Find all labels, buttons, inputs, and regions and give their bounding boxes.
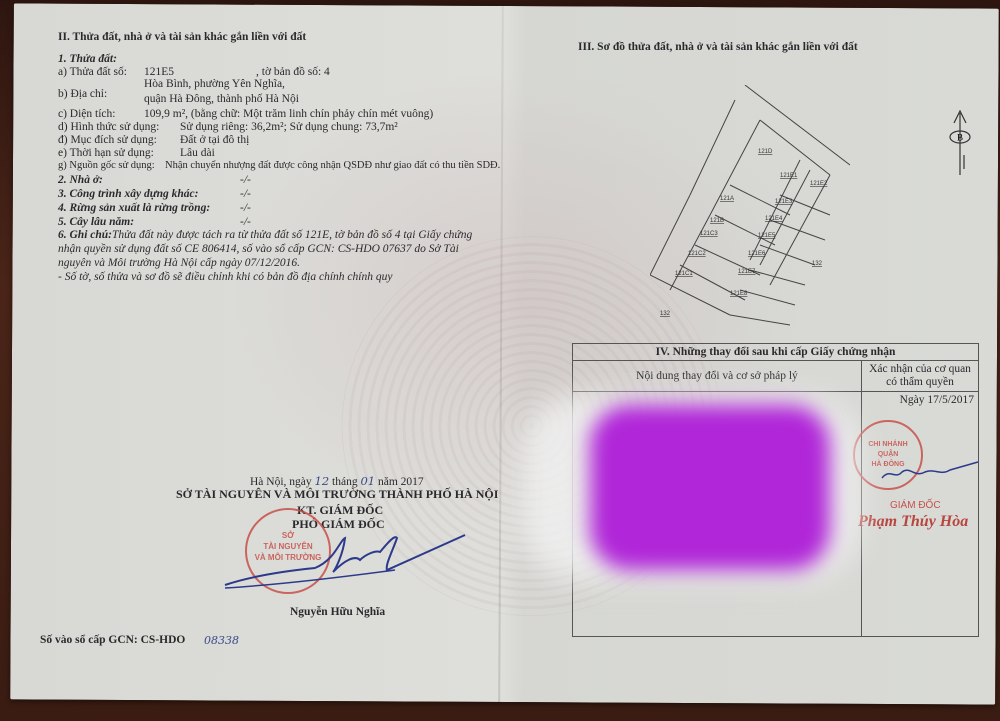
col-header-changes: Nội dung thay đổi và cơ sở pháp lý <box>573 361 862 392</box>
field-label-address: b) Địa chỉ: <box>58 88 107 100</box>
item-other-construction-value: -/- <box>240 188 251 200</box>
field-value-origin: Nhận chuyển nhượng đất được công nhận QS… <box>165 160 500 171</box>
confirm-role: GIÁM ĐỐC <box>890 500 941 511</box>
plot-label: 121E7 <box>738 269 756 275</box>
plot-label: 121E2 <box>810 181 828 187</box>
field-value-plot-number: 121E5 <box>144 66 174 78</box>
note-line-2: nhận quyền sử dụng đất số CE 806414, số … <box>58 243 459 255</box>
signer-name: Nguyễn Hữu Nghĩa <box>290 606 385 618</box>
stamp-line: QUẬN <box>855 450 921 460</box>
changes-table-title: IV. Những thay đổi sau khi cấp Giấy chứn… <box>573 344 979 361</box>
issuing-organization: SỞ TÀI NGUYÊN VÀ MÔI TRƯỜNG THÀNH PHỐ HÀ… <box>176 487 498 502</box>
date-day: 12 <box>315 474 330 488</box>
field-value-address-1: Hòa Bình, phường Yên Nghĩa, <box>144 78 285 90</box>
neighbor-plot-label: 132 <box>812 261 823 267</box>
neighbor-plot-label: 132 <box>660 311 671 317</box>
plot-diagram: 121D 121A 121B 121C3 121C2 121C1 121E1 1… <box>650 85 850 330</box>
item-planted-forest-value: -/- <box>240 202 251 214</box>
section-iii-title: III. Sơ đồ thửa đất, nhà ở và tài sản kh… <box>578 41 858 53</box>
land-plot-heading: 1. Thửa đất: <box>58 53 117 65</box>
plot-label: 121E1 <box>780 173 798 179</box>
field-label-purpose: đ) Mục đích sử dụng: <box>58 134 157 146</box>
field-value-address-2: quận Hà Đông, thành phố Hà Nội <box>144 93 299 105</box>
field-value-map-sheet: , tờ bản đồ số: 4 <box>256 66 330 78</box>
register-label: Số vào sổ cấp GCN: CS-HDO <box>40 634 185 646</box>
field-label-usage-form: d) Hình thức sử dụng: <box>58 121 159 133</box>
note-label: 6. Ghi chú: <box>58 229 112 241</box>
plot-label: 121E3 <box>775 199 793 205</box>
confirm-signer: Phạm Thúy Hòa <box>858 513 968 531</box>
plot-label: 121C1 <box>675 271 693 277</box>
plot-label: 121C2 <box>688 251 706 257</box>
field-label-plot-number: a) Thửa đất số: <box>58 66 127 78</box>
section-ii-title: II. Thửa đất, nhà ở và tài sản khác gắn … <box>58 31 306 43</box>
field-value-area: 109,9 m², (bằng chữ: Một trăm linh chín … <box>144 108 433 120</box>
item-house-value: -/- <box>240 174 251 186</box>
north-arrow-icon: B <box>940 105 980 185</box>
signature-branch <box>880 460 980 485</box>
item-perennial-trees-label: 5. Cây lâu năm: <box>58 216 134 228</box>
note-line-1: Thửa đất này được tách ra từ thửa đất số… <box>112 229 472 241</box>
stamp-line: CHI NHÁNH <box>855 440 921 450</box>
plot-label: 121E8 <box>730 291 748 297</box>
item-planted-forest-label: 4. Rừng sản xuất là rừng trồng: <box>58 202 210 214</box>
date-month: 01 <box>360 474 375 488</box>
redaction-blur <box>590 405 830 570</box>
signature-nghia <box>215 530 475 600</box>
plot-label: 121E6 <box>748 251 766 257</box>
item-other-construction-label: 3. Công trình xây dựng khác: <box>58 188 198 200</box>
plot-label: 121E4 <box>765 216 783 222</box>
note-line-4: - Số tờ, số thửa và sơ đồ sẽ điều chỉnh … <box>58 271 392 283</box>
plot-label: 121B <box>710 218 724 224</box>
field-value-purpose: Đất ở tại đô thị <box>180 134 249 146</box>
register-number: 08338 <box>204 634 239 647</box>
plot-label: 121A <box>720 196 734 202</box>
field-label-area: c) Diện tích: <box>58 108 115 120</box>
confirm-date: Ngày 17/5/2017 <box>900 394 974 406</box>
field-value-duration: Lâu dài <box>180 147 215 159</box>
plot-label: 121E5 <box>758 233 776 239</box>
plot-label: 121C3 <box>700 231 718 237</box>
item-house-label: 2. Nhà ở: <box>58 174 103 186</box>
signing-date: Hà Nội, ngày 12 tháng 01 năm 2017 <box>250 474 424 488</box>
col-header-confirmation: Xác nhận của cơ quan có thẩm quyền <box>862 361 979 392</box>
field-label-origin: g) Nguồn gốc sử dụng: <box>58 160 155 171</box>
note-line-3: nguyên và Môi trường Hà Nội cấp ngày 07/… <box>58 257 300 269</box>
field-label-duration: e) Thời hạn sử dụng: <box>58 147 154 159</box>
item-perennial-trees-value: -/- <box>240 216 251 228</box>
plot-label: 121D <box>758 149 773 155</box>
field-value-usage-form: Sử dụng riêng: 36,2m²; Sử dụng chung: 73… <box>180 121 398 133</box>
north-label: B <box>957 133 963 143</box>
